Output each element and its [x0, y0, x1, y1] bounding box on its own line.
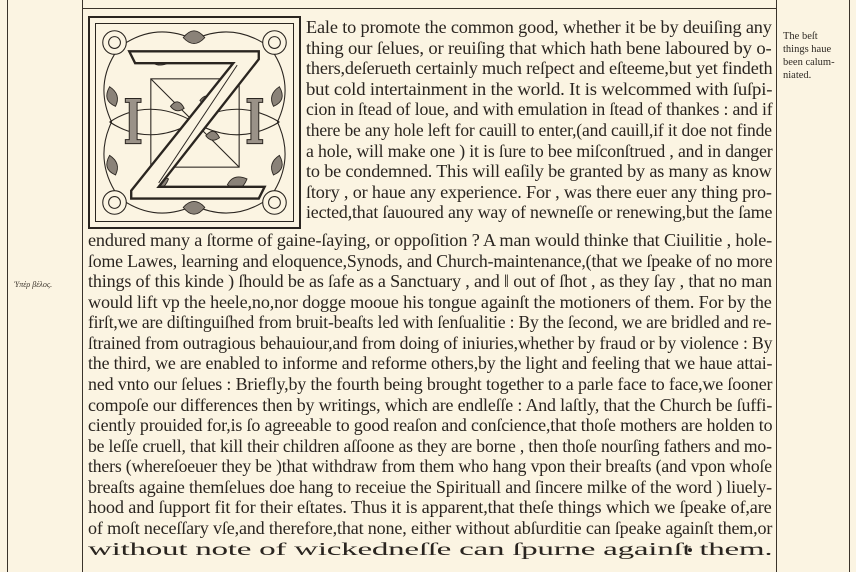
body-line-6: there be any hole left for cauill to ent… — [306, 120, 772, 140]
body-line-18: ned vnto our ſelues : Briefly,by the fou… — [88, 374, 772, 394]
outer-left-rule — [7, 0, 8, 572]
body-line-5: cion in ſtead of loue, and with emulatio… — [306, 99, 772, 119]
margin-note-right-line: things haue — [783, 43, 845, 56]
margin-note-right-line: The beſt — [783, 30, 845, 43]
margin-note-left: Ὑπὲρ βέλος. — [14, 280, 52, 289]
body-line-8: to be condemned. This will eaſily be gra… — [306, 161, 772, 181]
body-line-9: ſtory , or haue any experience. For , wa… — [306, 182, 772, 202]
body-line-16: ſtrained from outragious behauiour,and f… — [88, 333, 772, 353]
body-line-4: but cold intertainment in the world. It … — [306, 79, 772, 99]
body-line-17: the third, we are enabled to informe and… — [88, 353, 772, 373]
body-line-11: endured many a ſtorme of gaine-ſaying, o… — [88, 230, 772, 250]
body-line-23: breaſts againe themſelues doe hang to re… — [88, 477, 772, 497]
top-rule — [82, 8, 776, 9]
body-line-12: ſome Lawes, learning and eloquence,Synod… — [88, 251, 772, 271]
margin-note-right-line: been calum- — [783, 56, 845, 69]
body-line-2: thing our ſelues, or reuiſing that which… — [306, 38, 772, 58]
text-left-rule — [82, 0, 83, 572]
body-line-24: hood and ſupport fit for their eſtates. … — [88, 497, 772, 517]
margin-note-right-line: niated. — [783, 69, 845, 82]
body-line-22: thers (whereſoeuer they be )that withdra… — [88, 456, 772, 476]
text-right-rule — [776, 0, 777, 572]
body-line-1: Eale to promote the common good, whether… — [306, 17, 772, 37]
margin-note-right: The beſt things haue been calum- niated. — [783, 30, 845, 82]
stray-ink-dot — [688, 548, 692, 552]
outer-right-rule — [849, 0, 850, 572]
body-line-21: be leſſe cruell, that kill their childre… — [88, 436, 772, 456]
ornamental-dropcap-z — [88, 16, 301, 229]
body-line-7: a hole, will make one ) it is ſure to be… — [306, 141, 772, 161]
body-line-26: without note of wickedneſſe can ſpurne a… — [88, 539, 772, 559]
body-line-3: thers,deſerueth certainly much reſpect a… — [306, 58, 772, 78]
body-line-20: ciently prouided for,is ſo agreeable to … — [88, 415, 772, 435]
body-line-10: iected,that ſauoured any way of newneſſe… — [306, 202, 772, 222]
dropcap-ornament-icon — [90, 18, 299, 227]
body-line-25: of moſt neceſſary vſe,and therefore,that… — [88, 518, 772, 538]
body-line-13: things of this kinde ) ſhould be as ſafe… — [88, 271, 772, 291]
body-line-14: would lift vp the heele,no,nor dogge moo… — [88, 292, 772, 312]
body-line-19: compoſe our differences then by writings… — [88, 395, 772, 415]
book-page: Eale to promote the common good, whether… — [0, 0, 856, 572]
body-line-15: firſt,we are diſtinguiſhed from bruit-be… — [88, 312, 772, 332]
